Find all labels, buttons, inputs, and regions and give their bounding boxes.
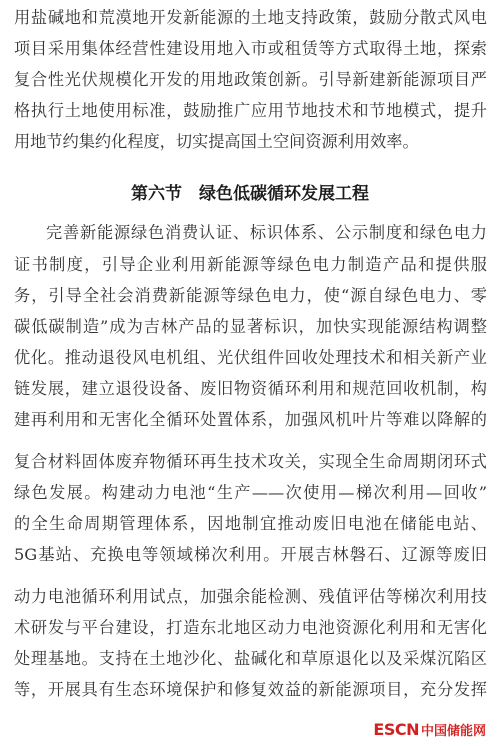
watermark: ESCN 中国储能网 bbox=[373, 719, 486, 739]
paragraph-line: 术研发与平台建设，打造东北地区动力电池资源化利用和无害化 bbox=[14, 618, 487, 638]
paragraph-line: 碳低碳制造”成为吉林产品的显著标识，加快实现能源结构调整 bbox=[14, 317, 487, 337]
paragraph-line: 5G基站、充换电等领域梯次利用。开展吉林磐石、辽源等废旧 bbox=[14, 545, 487, 565]
paragraph-line: 建再利用和无害化全循环处置体系，加强风机叶片等难以降解的 bbox=[14, 410, 487, 430]
document-page: 用盐碱地和荒漠地开发新能源的土地支持政策，鼓励分散式风电 项目采用集体经营性建设… bbox=[0, 0, 500, 746]
watermark-logo: ESCN bbox=[373, 720, 419, 739]
paragraph-line: 链发展，建立退役设备、废旧物资循环利用和规范回收机制，构 bbox=[14, 379, 487, 399]
paragraph-line: 完善新能源绿色消费认证、标识体系、公示制度和绿色电力 bbox=[46, 223, 487, 243]
section-heading: 第六节 绿色低碳循环发展工程 bbox=[0, 183, 500, 205]
paragraph-line: 动力电池循环利用试点，加强余能检测、残值评估等梯次利用技 bbox=[14, 587, 487, 607]
paragraph-line: 等，开展具有生态环境保护和修复效益的新能源项目，充分发挥 bbox=[14, 680, 487, 700]
paragraph-line: 务，引导全社会消费新能源等绿色电力，使“源自绿色电力、零 bbox=[14, 286, 487, 306]
paragraph-line: 复合性光伏规模化开发的用地政策创新。引导新建新能源项目严 bbox=[14, 70, 487, 90]
paragraph-line: 格执行土地使用标准，鼓励推广应用节地技术和节地模式，提升 bbox=[14, 101, 487, 121]
paragraph-line: 用地节约集约化程度，切实提高国土空间资源利用效率。 bbox=[14, 132, 487, 152]
paragraph-line: 处理基地。支持在土地沙化、盐碱化和草原退化以及采煤沉陷区 bbox=[14, 649, 487, 669]
paragraph-line: 用盐碱地和荒漠地开发新能源的土地支持政策，鼓励分散式风电 bbox=[14, 8, 487, 28]
watermark-text: 中国储能网 bbox=[421, 720, 486, 739]
paragraph-line: 证书制度，引导企业利用新能源等绿色电力制造产品和提供服 bbox=[14, 255, 487, 275]
paragraph-line: 的全生命周期管理体系，因地制宜推动废旧电池在储能电站、 bbox=[14, 514, 487, 534]
paragraph-line: 复合材料固体废弃物循环再生技术攻关，实现全生命周期闭环式 bbox=[14, 452, 487, 472]
paragraph-line: 绿色发展。构建动力电池“生产——次使用—梯次利用—回收” bbox=[14, 483, 487, 503]
paragraph-line: 优化。推动退役风电机组、光伏组件回收处理技术和相关新产业 bbox=[14, 348, 487, 368]
paragraph-line: 项目采用集体经营性建设用地入市或租赁等方式取得土地，探索 bbox=[14, 39, 487, 59]
